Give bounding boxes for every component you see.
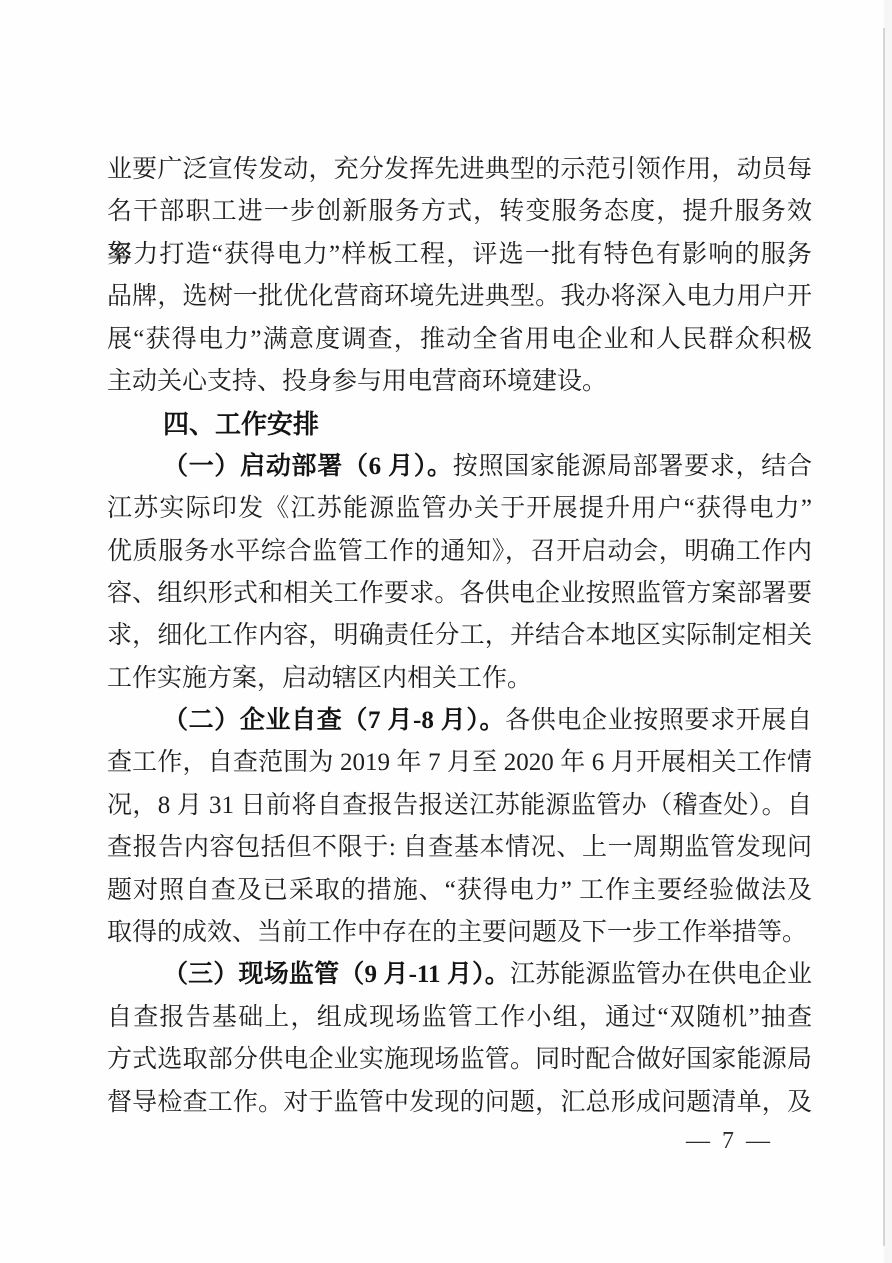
section-lead-rest: 江苏能源监管办在供电企业 bbox=[510, 961, 812, 988]
paragraph-line: 努力打造“获得电力”样板工程，评选一批有特色有影响的服务 bbox=[107, 234, 812, 276]
section-lead-rest: 按照国家能源局部署要求，结合 bbox=[453, 453, 812, 480]
scan-edge-shade bbox=[884, 0, 892, 1263]
paragraph-line: 查工作，自查范围为 2019 年 7 月至 2020 年 6 月开展相关工作情 bbox=[107, 742, 812, 784]
paragraph-line: 自查报告基础上，组成现场监管工作小组，通过“双随机”抽查 bbox=[107, 997, 812, 1039]
paragraph-line: 取得的成效、当前工作中存在的主要问题及下一步工作举措等。 bbox=[107, 912, 812, 954]
section-heading: 四、工作安排 bbox=[107, 403, 812, 445]
scan-edge-line bbox=[883, 28, 885, 1246]
section-lead-line: （一）启动部署（6 月）。按照国家能源局部署要求，结合 bbox=[107, 446, 812, 488]
paragraph-line: 方式选取部分供电企业实施现场监管。同时配合做好国家能源局 bbox=[107, 1039, 812, 1081]
paragraph-line: 业要广泛宣传发动，充分发挥先进典型的示范引领作用，动员每 bbox=[107, 149, 812, 191]
paragraph-line: 督导检查工作。对于监管中发现的问题，汇总形成问题清单，及 bbox=[107, 1082, 812, 1124]
paragraph-line: 况，8 月 31 日前将自查报告报送江苏能源监管办（稽查处）。自 bbox=[107, 785, 812, 827]
paragraph-line: 江苏实际印发《江苏能源监管办关于开展提升用户“获得电力” bbox=[107, 488, 812, 530]
document-body: 业要广泛宣传发动，充分发挥先进典型的示范引领作用，动员每 名干部职工进一步创新服… bbox=[107, 149, 812, 1124]
paragraph-line: 容、组织形式和相关工作要求。各供电企业按照监管方案部署要 bbox=[107, 573, 812, 615]
section-lead-bold: （二）企业自查（7 月-8 月）。 bbox=[163, 707, 505, 734]
section-lead-bold: （三）现场监管（9 月-11 月）。 bbox=[163, 961, 510, 988]
section-lead-bold: （一）启动部署（6 月）。 bbox=[163, 453, 453, 480]
section-lead-line: （三）现场监管（9 月-11 月）。江苏能源监管办在供电企业 bbox=[107, 954, 812, 996]
scanned-document-page: 业要广泛宣传发动，充分发挥先进典型的示范引领作用，动员每 名干部职工进一步创新服… bbox=[0, 0, 892, 1263]
paragraph-line: 优质服务水平综合监管工作的通知》，召开启动会，明确工作内 bbox=[107, 531, 812, 573]
section-lead-rest: 各供电企业按照要求开展自 bbox=[505, 707, 812, 734]
paragraph-line: 求，细化工作内容，明确责任分工，并结合本地区实际制定相关 bbox=[107, 615, 812, 657]
page-number: — 7 — bbox=[686, 1128, 773, 1155]
paragraph-line: 主动关心支持、投身参与用电营商环境建设。 bbox=[107, 361, 812, 403]
paragraph-line: 名干部职工进一步创新服务方式，转变服务态度，提升服务效率， bbox=[107, 191, 812, 233]
paragraph-line: 品牌，选树一批优化营商环境先进典型。我办将深入电力用户开 bbox=[107, 276, 812, 318]
paragraph-line: 工作实施方案，启动辖区内相关工作。 bbox=[107, 658, 812, 700]
section-lead-line: （二）企业自查（7 月-8 月）。各供电企业按照要求开展自 bbox=[107, 700, 812, 742]
paragraph-line: 查报告内容包括但不限于: 自查基本情况、上一周期监管发现问 bbox=[107, 827, 812, 869]
paragraph-line: 展“获得电力”满意度调查，推动全省用电企业和人民群众积极 bbox=[107, 319, 812, 361]
paragraph-line: 题对照自查及已采取的措施、“获得电力” 工作主要经验做法及 bbox=[107, 870, 812, 912]
